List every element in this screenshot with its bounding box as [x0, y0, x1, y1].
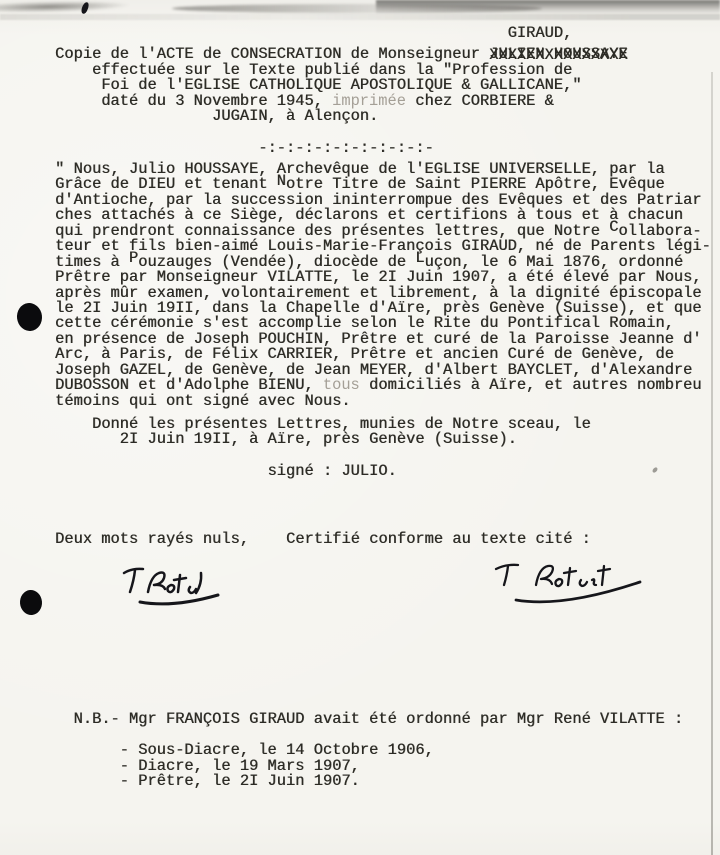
text-line: 2I Juin 19II, à Aïre, près Genève (Suiss…	[55, 432, 591, 447]
strikeout-note: Deux mots rayés nuls,	[55, 532, 249, 547]
separator-line: -:-:-:-:-:-:-:-:-:-	[55, 141, 434, 156]
text-line: -:-:-:-:-:-:-:-:-:-	[55, 141, 434, 156]
hole-punch-top	[15, 302, 43, 333]
typewriter-x-strikeout: XXXXXXXXXXXXXXX	[489, 48, 628, 64]
text-line: témoins qui ont signé avec Nous.	[55, 394, 711, 409]
handwritten-signature-right	[488, 554, 650, 608]
ink-fleck	[80, 1, 89, 14]
text-line: - Prêtre, le 2I Juin 1907.	[55, 774, 434, 790]
photocopy-smudge-top-center	[172, 4, 542, 13]
page-edge-shadow	[711, 72, 713, 855]
footnote-heading: N.B.- Mgr FRANÇOIS GIRAUD avait été ordo…	[55, 712, 683, 727]
document-page: GIRAUD, Copie de l'ACTE de CONSECRATION …	[0, 0, 720, 855]
closing-lines: Donné les présentes Lettres, munies de N…	[55, 417, 591, 448]
giraud-correction-annotation: GIRAUD,	[55, 26, 572, 41]
hole-punch-bottom	[19, 589, 43, 616]
photocopy-smudge-top-right	[376, 0, 720, 13]
photocopy-smudge-top-left	[0, 0, 129, 13]
body-paragraph: " Nous, Julio HOUSSAYE, Archevêque de l'…	[55, 162, 711, 409]
document-title: Copie de l'ACTE de CONSECRATION de Monse…	[55, 47, 628, 125]
text-line: signé : JULIO.	[55, 464, 397, 479]
photocopy-smudge-band	[0, 14, 720, 20]
text-line: GIRAUD,	[55, 26, 572, 41]
paper-speck	[652, 466, 659, 473]
text-line: JUGAIN, à Alençon.	[55, 109, 628, 125]
handwritten-signature-left	[118, 558, 243, 614]
certification-statement: Certifié conforme au texte cité :	[286, 532, 591, 547]
footnote-items: - Sous-Diacre, le 14 Octobre 1906, - Dia…	[55, 743, 434, 790]
signed-line: signé : JULIO.	[55, 464, 397, 479]
overstruck-name: JULIEN HOUSSAYEXXXXXXXXXXXXXXX	[489, 47, 628, 63]
text-line: N.B.- Mgr FRANÇOIS GIRAUD avait été ordo…	[55, 712, 683, 727]
